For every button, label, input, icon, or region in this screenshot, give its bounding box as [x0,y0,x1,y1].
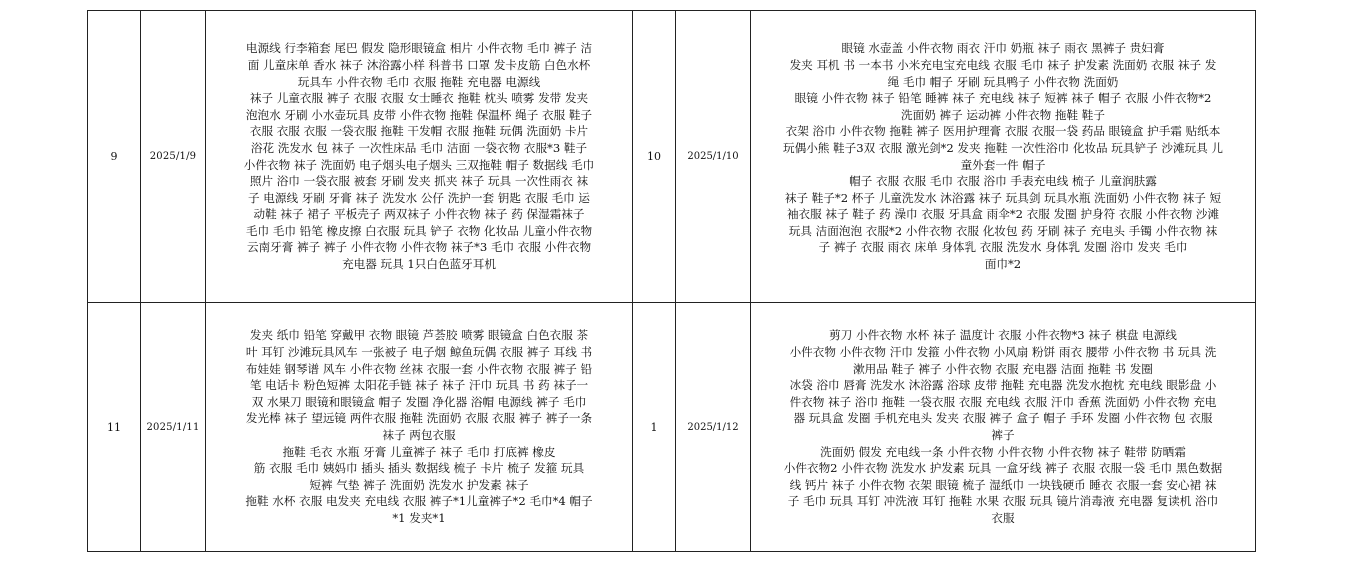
record-date: 2025/1/12 [676,303,751,552]
item-line: 线 钙片 袜子 小件衣物 衣架 眼镜 梳子 湿纸巾 一块钱硬币 睡衣 衣服一套 … [753,477,1253,494]
item-line: 面巾*2 [753,256,1253,273]
item-line: 双 水果刀 眼镜和眼镜盒 帽子 发圈 净化器 浴帽 电源线 裤子 毛巾 [208,394,630,411]
record-number: 11 [88,303,141,552]
items-list: 电源线 行李箱套 尾巴 假发 隐形眼镜盒 相片 小件衣物 毛巾 裤子 洁面 儿童… [206,11,633,303]
item-line: 布娃娃 钢琴谱 风车 小件衣物 丝袜 衣服一套 小件衣物 衣服 裤子 铅 [208,361,630,378]
item-line: 子 裤子 衣服 雨衣 床单 身体乳 衣服 洗发水 身体乳 发圈 浴巾 发夹 毛巾 [753,239,1253,256]
item-line: 冰袋 浴巾 唇膏 洗发水 沐浴露 浴球 皮带 拖鞋 充电器 洗发水抱枕 充电线 … [753,377,1253,394]
item-line: 泡泡水 牙刷 小水壶玩具 皮带 小件衣物 拖鞋 保温杯 绳子 衣服 鞋子 [208,107,630,124]
table-row: 9 2025/1/9 电源线 行李箱套 尾巴 假发 隐形眼镜盒 相片 小件衣物 … [88,11,1256,303]
item-line: 毛巾 毛巾 铅笔 橡皮擦 白衣服 玩具 铲子 衣物 化妆品 儿童小件衣物 [208,223,630,240]
item-line: 袜子 两包衣服 [208,427,630,444]
item-line: 衣服 [753,510,1253,527]
item-line: 浴花 洗发水 包 袜子 一次性床品 毛巾 洁面 一袋衣物 衣服*3 鞋子 [208,140,630,157]
item-line: 云南牙膏 裤子 裤子 小件衣物 小件衣物 袜子*3 毛巾 衣服 小件衣物 [208,239,630,256]
item-line: 器 玩具盒 发圈 手机充电头 发夹 衣服 裤子 盒子 帽子 手环 发圈 小件衣物… [753,410,1253,427]
record-date: 2025/1/9 [141,11,206,303]
lost-items-table: 9 2025/1/9 电源线 行李箱套 尾巴 假发 隐形眼镜盒 相片 小件衣物 … [87,10,1256,552]
item-line: 小件衣物 袜子 洗面奶 电子烟头电子烟头 三双拖鞋 帽子 数据线 毛巾 [208,157,630,174]
item-line: 笔 电话卡 粉色短裤 太阳花手链 袜子 袜子 汗巾 玩具 书 药 袜子一 [208,377,630,394]
item-line: 袜子 鞋子*2 杯子 儿童洗发水 沐浴露 袜子 玩具剑 玩具水瓶 洗面奶 小件衣… [753,190,1253,207]
item-line: 帽子 衣服 衣服 毛巾 衣服 浴巾 手表充电线 梳子 儿童润肤露 [753,173,1253,190]
item-line: 袜子 儿童衣服 裤子 衣服 衣服 女士睡衣 拖鞋 枕头 喷雾 发带 发夹 [208,90,630,107]
item-line: 发夹 纸巾 铅笔 穿戴甲 衣物 眼镜 芦荟胶 喷雾 眼镜盒 白色衣服 茶 [208,327,630,344]
item-line: 洗面奶 裤子 运动裤 小件衣物 拖鞋 鞋子 [753,107,1253,124]
table-row: 11 2025/1/11 发夹 纸巾 铅笔 穿戴甲 衣物 眼镜 芦荟胶 喷雾 眼… [88,303,1256,552]
item-line: 漱用品 鞋子 裤子 小件衣物 衣服 充电器 洁面 拖鞋 书 发圈 [753,361,1253,378]
record-number: 1 [633,303,676,552]
item-line: 眼镜 水壶盖 小件衣物 雨衣 汗巾 奶瓶 袜子 雨衣 黑裤子 贵妇膏 [753,40,1253,57]
item-line: 小件衣物2 小件衣物 洗发水 护发素 玩具 一盒牙线 裤子 衣服 衣服一袋 毛巾… [753,460,1253,477]
item-line: 眼镜 小件衣物 袜子 铅笔 睡裤 袜子 充电线 袜子 短裤 袜子 帽子 衣服 小… [753,90,1253,107]
item-line: *1 发夹*1 [208,510,630,527]
record-date: 2025/1/10 [676,11,751,303]
item-line: 小件衣物 小件衣物 汗巾 发箍 小件衣物 小风扇 粉饼 雨衣 腰带 小件衣物 书… [753,344,1253,361]
item-line: 子 毛巾 玩具 耳钉 冲洗液 耳钉 拖鞋 水果 衣服 玩具 镜片消毒液 充电器 … [753,493,1253,510]
items-list: 剪刀 小件衣物 水杯 袜子 温度计 衣服 小件衣物*3 袜子 棋盘 电源线小件衣… [751,303,1256,552]
item-line: 件衣物 袜子 浴巾 拖鞋 一袋衣服 衣服 充电线 衣服 汗巾 香蕉 洗面奶 小件… [753,394,1253,411]
item-line: 充电器 玩具 1只白色蓝牙耳机 [208,256,630,273]
item-line: 照片 浴巾 一袋衣服 被套 牙刷 发夹 抓夹 袜子 玩具 一次性雨衣 袜 [208,173,630,190]
item-line: 剪刀 小件衣物 水杯 袜子 温度计 衣服 小件衣物*3 袜子 棋盘 电源线 [753,327,1253,344]
item-line: 电源线 行李箱套 尾巴 假发 隐形眼镜盒 相片 小件衣物 毛巾 裤子 洁 [208,40,630,57]
item-line: 玩偶小熊 鞋子3双 衣服 激光剑*2 发夹 拖鞋 一次性浴巾 化妆品 玩具铲子 … [753,140,1253,157]
item-line: 拖鞋 毛衣 水瓶 牙膏 儿童裤子 袜子 毛巾 打底裤 橡皮 [208,444,630,461]
item-line: 裤子 [753,427,1253,444]
item-line: 发夹 耳机 书 一本书 小米充电宝充电线 衣服 毛巾 袜子 护发素 洗面奶 衣服… [753,57,1253,74]
item-line: 绳 毛巾 帽子 牙刷 玩具鸭子 小件衣物 洗面奶 [753,74,1253,91]
record-date: 2025/1/11 [141,303,206,552]
item-line: 拖鞋 水杯 衣服 电发夹 充电线 衣服 裤子*1儿童裤子*2 毛巾*4 帽子 [208,493,630,510]
item-line: 玩具 洁面泡泡 衣服*2 小件衣物 衣服 化妆包 药 牙刷 袜子 充电头 手镯 … [753,223,1253,240]
records-table: 9 2025/1/9 电源线 行李箱套 尾巴 假发 隐形眼镜盒 相片 小件衣物 … [87,10,1256,552]
item-line: 短裤 气垫 裤子 洗面奶 洗发水 护发素 袜子 [208,477,630,494]
item-line: 童外套一件 帽子 [753,157,1253,174]
item-line: 洗面奶 假发 充电线一条 小件衣物 小件衣物 小件衣物 袜子 鞋带 防晒霜 [753,444,1253,461]
items-list: 眼镜 水壶盖 小件衣物 雨衣 汗巾 奶瓶 袜子 雨衣 黑裤子 贵妇膏发夹 耳机 … [751,11,1256,303]
item-line: 袖衣服 袜子 鞋子 药 澡巾 衣服 牙具盒 雨伞*2 衣服 发圈 护身符 衣服 … [753,206,1253,223]
item-line: 玩具车 小件衣物 毛巾 衣服 拖鞋 充电器 电源线 [208,74,630,91]
item-line: 发光棒 袜子 望远镜 两件衣服 拖鞋 洗面奶 衣服 衣服 裤子 裤子一条 [208,410,630,427]
item-line: 筋 衣服 毛巾 姨妈巾 插头 插头 数据线 梳子 卡片 梳子 发箍 玩具 [208,460,630,477]
item-line: 衣架 浴巾 小件衣物 拖鞋 裤子 医用护理膏 衣服 衣服一袋 药品 眼镜盒 护手… [753,123,1253,140]
record-number: 9 [88,11,141,303]
item-line: 动鞋 袜子 裙子 平板壳子 两双袜子 小件衣物 袜子 药 保湿霜袜子 [208,206,630,223]
item-line: 面 儿童床单 香水 袜子 沐浴露小样 科普书 口罩 发卡皮筋 白色水杯 [208,57,630,74]
item-line: 衣服 衣服 衣服 一袋衣服 拖鞋 干发帽 衣服 拖鞋 玩偶 洗面奶 卡片 [208,123,630,140]
item-line: 叶 耳钉 沙滩玩具风车 一张被子 电子烟 鲸鱼玩偶 衣服 裤子 耳线 书 [208,344,630,361]
items-list: 发夹 纸巾 铅笔 穿戴甲 衣物 眼镜 芦荟胶 喷雾 眼镜盒 白色衣服 茶叶 耳钉… [206,303,633,552]
record-number: 10 [633,11,676,303]
item-line: 子 电源线 牙刷 牙膏 袜子 洗发水 公仔 洗护一套 钥匙 衣服 毛巾 运 [208,190,630,207]
